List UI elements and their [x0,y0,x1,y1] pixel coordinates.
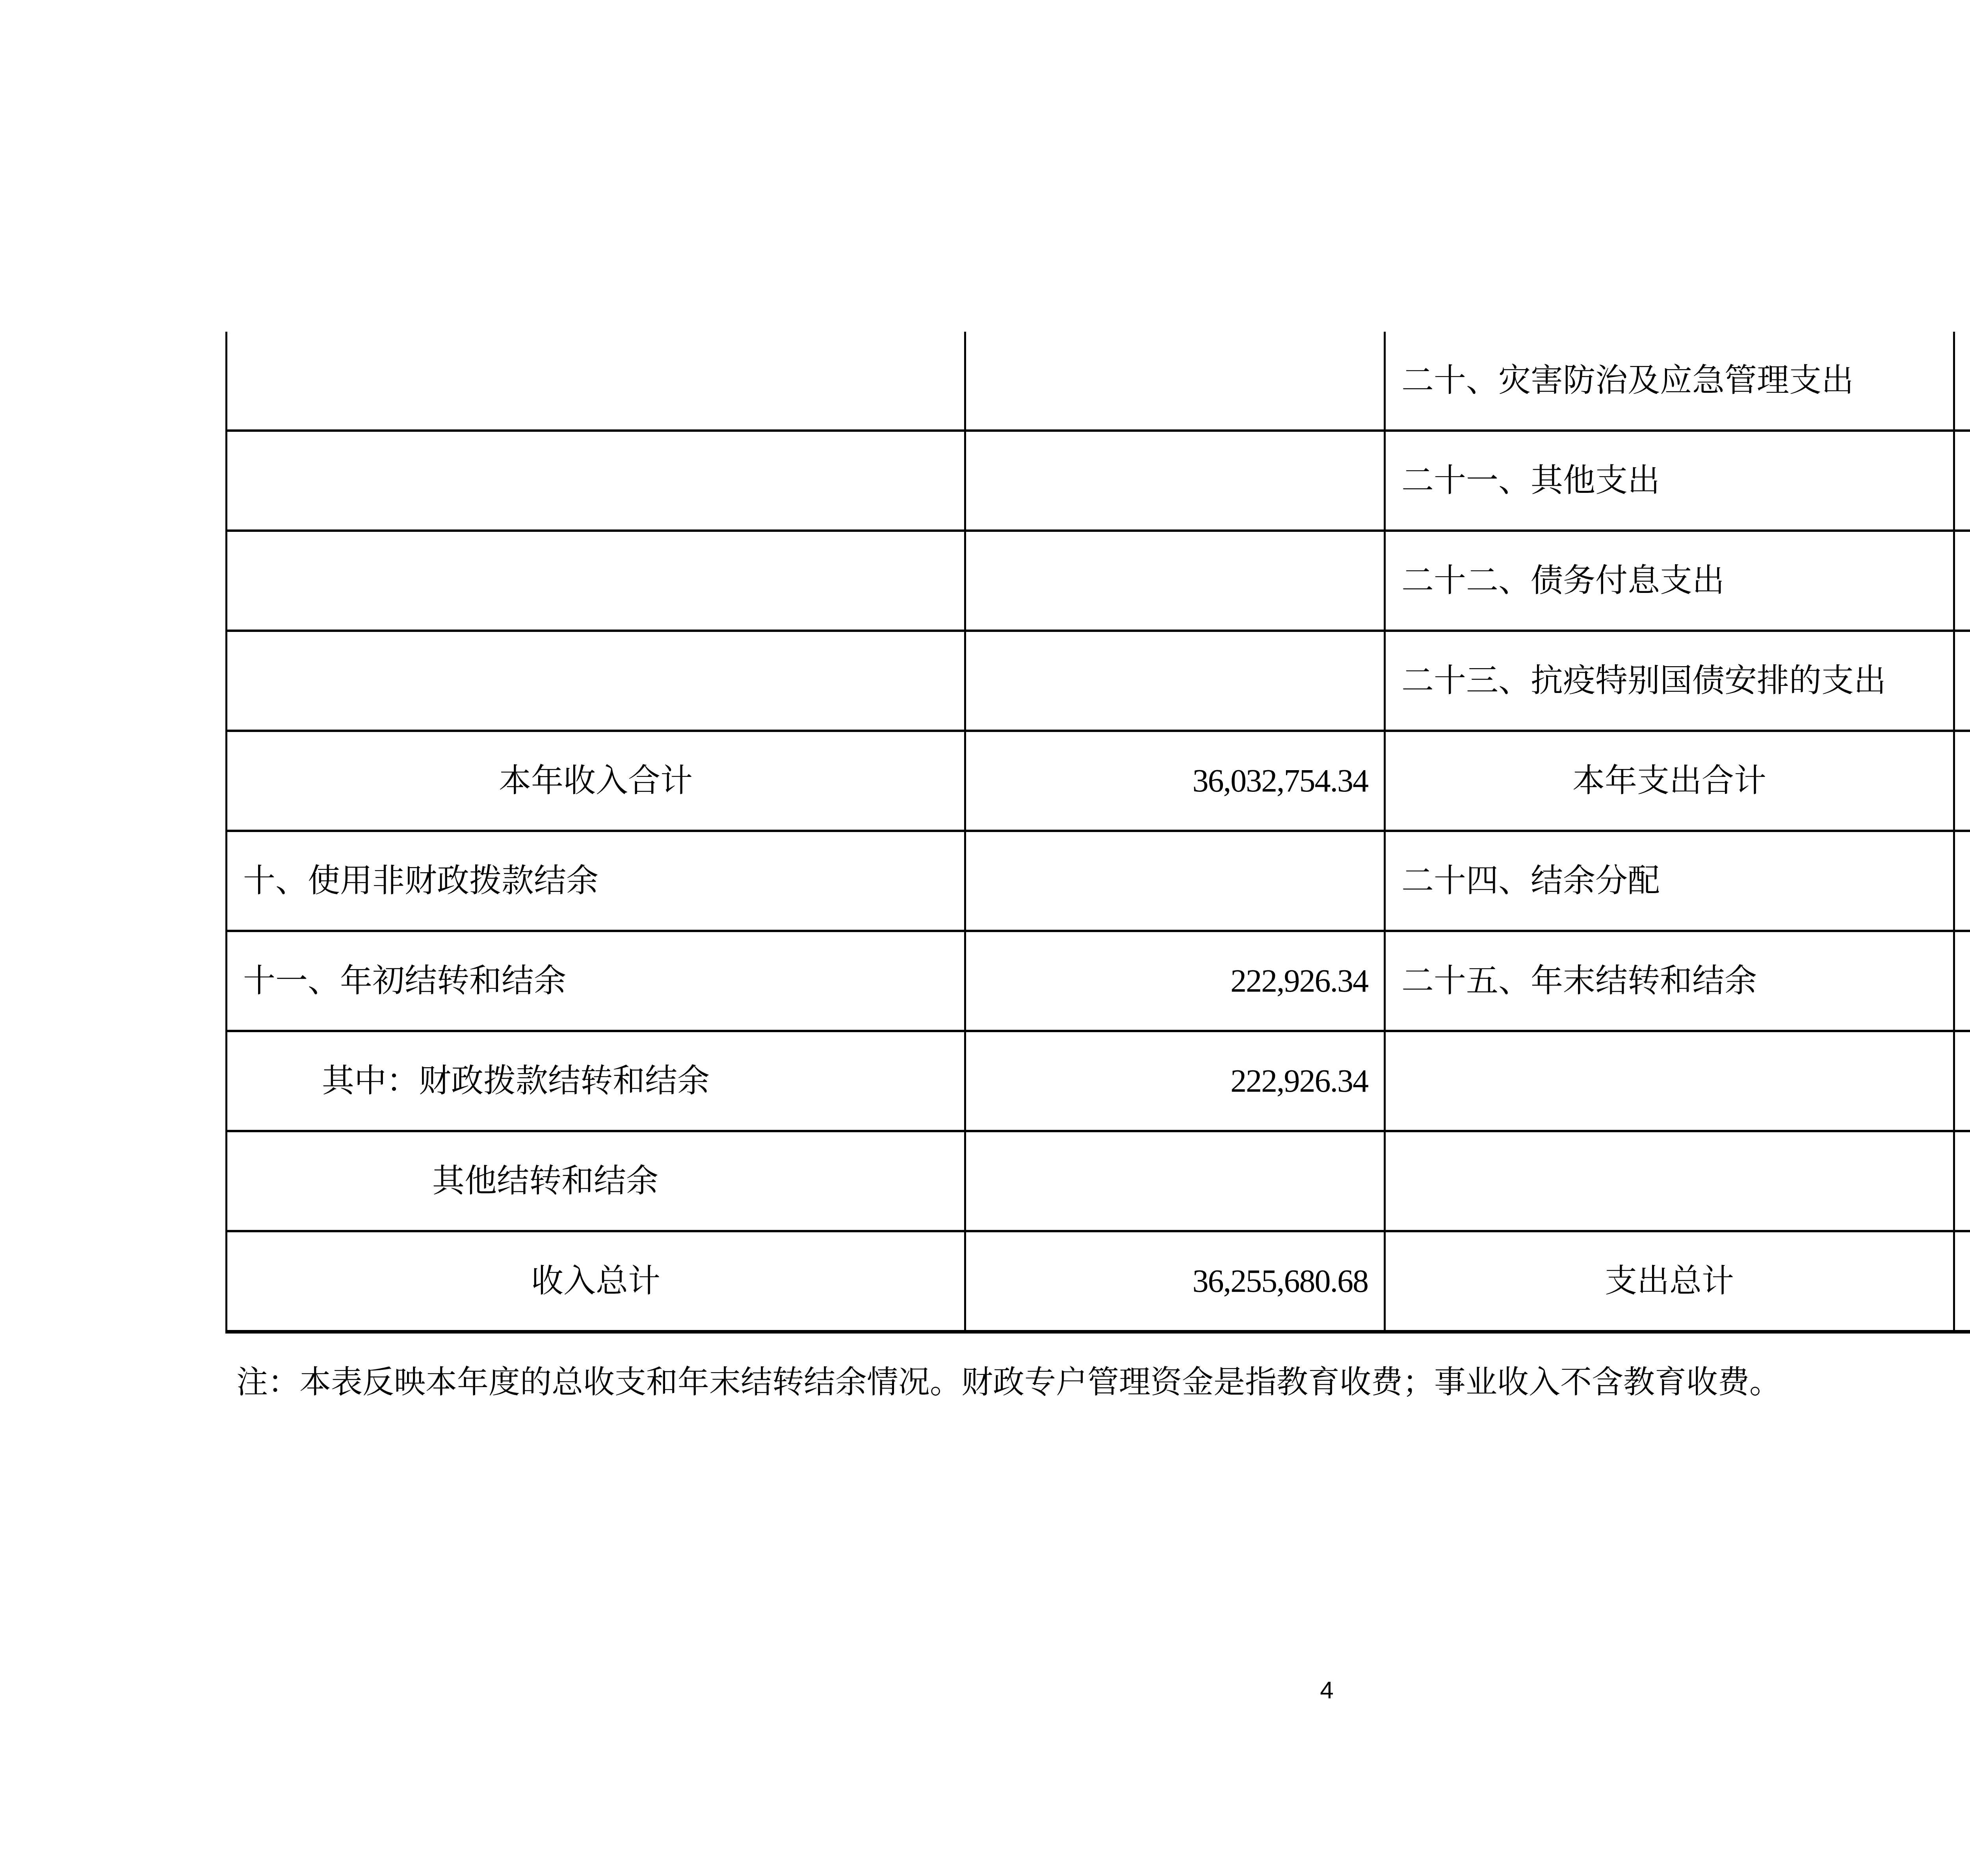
income-label-cell: 其他结转和结余 [227,1131,965,1231]
expense-grand-total-value: 36,255,680.68 [1954,1231,1970,1332]
table-row: 二十三、抗疫特别国债安排的支出 [227,631,1970,731]
income-label-cell: 十一、年初结转和结余 [227,931,965,1031]
income-value-cell [965,431,1385,531]
expense-value-cell [1954,1031,1970,1131]
table-row: 十一、年初结转和结余 222,926.34 二十五、年末结转和结余 223,64… [227,931,1970,1031]
income-label-cell [227,631,965,731]
income-grand-total-label: 收入总计 [227,1231,965,1332]
document-page: 二十、灾害防治及应急管理支出 二十一、其他支出 二十二、债务付息支出 二十三、抗… [0,0,1970,1876]
annual-expense-total-value: 36,031,973.01 [1954,731,1970,831]
income-value-cell: 222,926.34 [965,1031,1385,1131]
table-row: 二十、灾害防治及应急管理支出 [227,332,1970,431]
expense-label-cell: 二十一、其他支出 [1385,431,1954,531]
table-row: 二十一、其他支出 [227,431,1970,531]
expense-grand-total-label: 支出总计 [1385,1231,1954,1332]
expense-label-cell [1385,1031,1954,1131]
expense-value-cell [1954,332,1970,431]
table-row: 十、使用非财政拨款结余 二十四、结余分配 64.89 [227,831,1970,931]
expense-label-cell [1385,1131,1954,1231]
table-row-grand-total: 收入总计 36,255,680.68 支出总计 36,255,680.68 [227,1231,1970,1332]
income-value-cell [965,631,1385,731]
income-label-cell [227,431,965,531]
income-value-cell: 222,926.34 [965,931,1385,1031]
expense-label-cell: 二十二、债务付息支出 [1385,531,1954,631]
table-footnote: 注：本表反映本年度的总收支和年末结转结余情况。财政专户管理资金是指教育收费；事业… [236,1363,1781,1401]
page-number: 4 [0,1676,1970,1704]
table-row-annual-subtotal: 本年收入合计 36,032,754.34 本年支出合计 36,031,973.0… [227,731,1970,831]
income-value-cell [965,332,1385,431]
expense-label-cell: 二十、灾害防治及应急管理支出 [1385,332,1954,431]
table-row: 其他结转和结余 [227,1131,1970,1231]
income-label-cell: 其中：财政拨款结转和结余 [227,1031,965,1131]
annual-expense-total-label: 本年支出合计 [1385,731,1954,831]
income-label-cell [227,531,965,631]
expense-value-cell [1954,1131,1970,1231]
expense-value-cell: 64.89 [1954,831,1970,931]
expense-label-cell: 二十三、抗疫特别国债安排的支出 [1385,631,1954,731]
table-row: 二十二、债务付息支出 [227,531,1970,631]
income-value-cell [965,831,1385,931]
expense-label-cell: 二十五、年末结转和结余 [1385,931,1954,1031]
expense-value-cell [1954,531,1970,631]
expense-label-cell: 二十四、结余分配 [1385,831,1954,931]
expense-value-cell: 223,642.78 [1954,931,1970,1031]
income-label-cell [227,332,965,431]
expense-value-cell [1954,631,1970,731]
table-row: 其中：财政拨款结转和结余 222,926.34 [227,1031,1970,1131]
income-label-cell: 十、使用非财政拨款结余 [227,831,965,931]
income-grand-total-value: 36,255,680.68 [965,1231,1385,1332]
income-value-cell [965,531,1385,631]
income-value-cell [965,1131,1385,1231]
expense-value-cell [1954,431,1970,531]
annual-income-total-label: 本年收入合计 [227,731,965,831]
income-expense-table: 二十、灾害防治及应急管理支出 二十一、其他支出 二十二、债务付息支出 二十三、抗… [225,332,1970,1334]
annual-income-total-value: 36,032,754.34 [965,731,1385,831]
